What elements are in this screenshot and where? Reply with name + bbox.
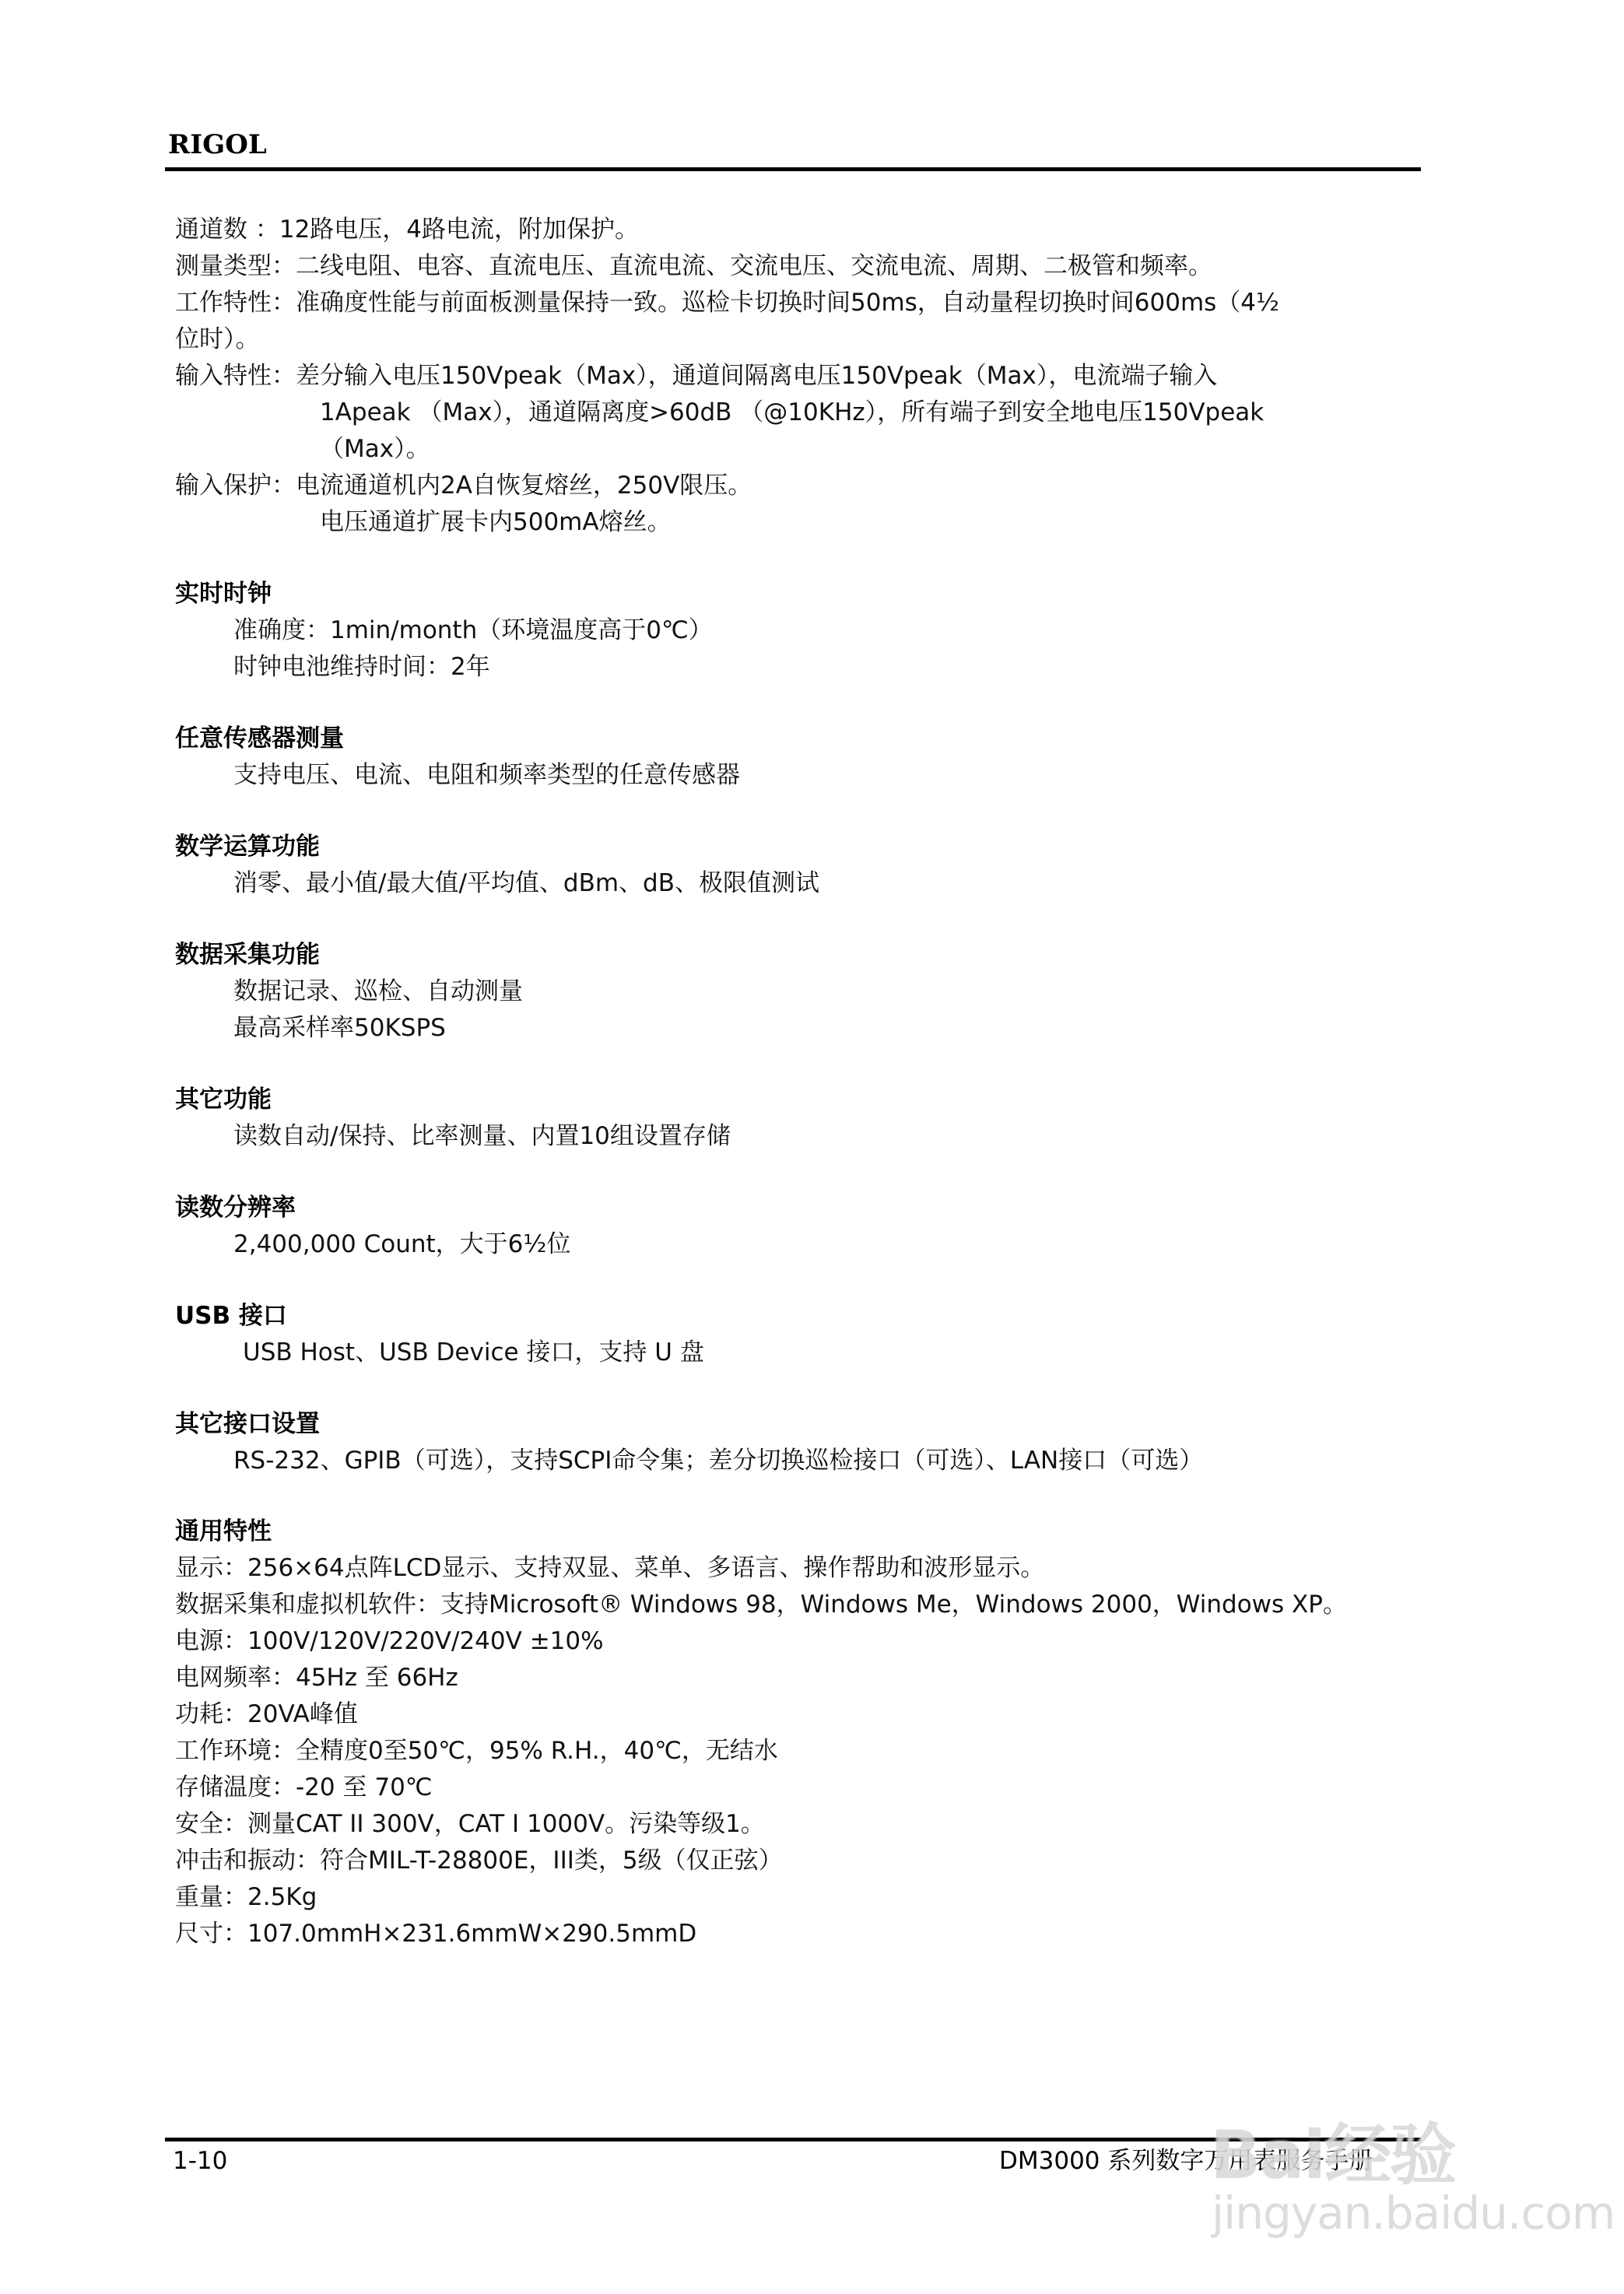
header-brand: RIGOL <box>168 129 267 160</box>
spec-value: 差分输入电压150Vpeak（Max），通道间隔离电压150Vpeak（Max）… <box>296 362 1217 390</box>
section-other-interfaces: 其它接口设置 RS-232、GPIB（可选），支持SCPI命令集；差分切换巡检接… <box>175 1406 1451 1479</box>
section-arbitrary-sensor: 任意传感器测量 支持电压、电流、电阻和频率类型的任意传感器 <box>175 721 1451 794</box>
spec-value: 准确度性能与前面板测量保持一致。巡检卡切换时间50ms，自动量程切换时间600m… <box>296 289 1279 317</box>
section-title: 实时时钟 <box>175 576 1451 612</box>
general-item-power: 电源：100V/120V/220V/240V ±10% <box>175 1623 1451 1660</box>
section-item: 读数自动/保持、比率测量、内置10组设置存储 <box>175 1118 1451 1155</box>
section-title: USB 接口 <box>175 1298 1451 1335</box>
section-item: 数据记录、巡检、自动测量 <box>175 973 1451 1010</box>
section-title: 其它功能 <box>175 1082 1451 1118</box>
section-item: RS-232、GPIB（可选），支持SCPI命令集；差分切换巡检接口（可选）、L… <box>175 1443 1451 1479</box>
section-data-acquisition: 数据采集功能 数据记录、巡检、自动测量 最高采样率50KSPS <box>175 937 1451 1047</box>
section-item: 2,400,000 Count，大于6½位 <box>175 1226 1451 1263</box>
spec-label: 测量类型： <box>175 252 296 280</box>
spec-label: 输入保护： <box>175 472 296 500</box>
section-item: 支持电压、电流、电阻和频率类型的任意传感器 <box>175 757 1451 794</box>
spec-value: 12路电压，4路电流，附加保护。 <box>279 216 639 244</box>
section-reading-resolution: 读数分辨率 2,400,000 Count，大于6½位 <box>175 1190 1451 1263</box>
section-title: 读数分辨率 <box>175 1190 1451 1226</box>
spec-line-measurement-types: 测量类型：二线电阻、电容、直流电压、直流电流、交流电压、交流电流、周期、二极管和… <box>175 248 1451 285</box>
spec-label: 通道数 ： <box>175 216 279 244</box>
section-title: 数据采集功能 <box>175 937 1451 973</box>
footer-rule <box>165 2138 1421 2141</box>
section-math-functions: 数学运算功能 消零、最小值/最大值/平均值、dBm、dB、极限值测试 <box>175 829 1451 902</box>
spec-line-operating-characteristics: 工作特性：准确度性能与前面板测量保持一致。巡检卡切换时间50ms，自动量程切换时… <box>175 285 1451 321</box>
header-rule <box>165 167 1421 171</box>
section-title: 任意传感器测量 <box>175 721 1451 757</box>
spec-label: 输入特性： <box>175 362 296 390</box>
document-page: RIGOL 通道数 ：12路电压，4路电流，附加保护。 测量类型：二线电阻、电容… <box>0 0 1624 2294</box>
section-item: 准确度：1min/month（环境温度高于0℃） <box>175 612 1451 649</box>
general-item-line-frequency: 电网频率：45Hz 至 66Hz <box>175 1660 1451 1696</box>
spec-value: 电流通道机内2A自恢复熔丝，250V限压。 <box>296 472 752 500</box>
general-item-dimensions: 尺寸：107.0mmH×231.6mmW×290.5mmD <box>175 1916 1451 1952</box>
section-item: USB Host、USB Device 接口，支持 U 盘 <box>175 1335 1451 1371</box>
section-other-functions: 其它功能 读数自动/保持、比率测量、内置10组设置存储 <box>175 1082 1451 1155</box>
spec-line-operating-wrap: 位时）。 <box>175 321 1451 358</box>
section-real-time-clock: 实时时钟 准确度：1min/month（环境温度高于0℃） 时钟电池维持时间：2… <box>175 576 1451 686</box>
section-usb-interface: USB 接口 USB Host、USB Device 接口，支持 U 盘 <box>175 1298 1451 1371</box>
general-item-software: 数据采集和虚拟机软件：支持Microsoft® Windows 98，Windo… <box>175 1587 1451 1623</box>
section-title: 数学运算功能 <box>175 829 1451 865</box>
section-item: 时钟电池维持时间：2年 <box>175 649 1451 686</box>
spec-label: 工作特性： <box>175 289 296 317</box>
general-item-operating-environment: 工作环境：全精度0至50℃，95% R.H.，40℃，无结水 <box>175 1733 1451 1770</box>
spec-line-input-characteristics: 输入特性：差分输入电压150Vpeak（Max），通道间隔离电压150Vpeak… <box>175 358 1451 395</box>
footer-doc-title: DM3000 系列数字万用表服务手册 <box>999 2145 1373 2176</box>
spec-line-input-cont-2: （Max）。 <box>175 431 1451 468</box>
section-item: 最高采样率50KSPS <box>175 1010 1451 1047</box>
general-item-weight: 重量：2.5Kg <box>175 1879 1451 1916</box>
general-item-shock-vibration: 冲击和振动：符合MIL-T-28800E，III类，5级（仅正弦） <box>175 1843 1451 1879</box>
spec-line-channels: 通道数 ：12路电压，4路电流，附加保护。 <box>175 212 1451 248</box>
general-item-safety: 安全：测量CAT II 300V，CAT I 1000V。污染等级1。 <box>175 1806 1451 1843</box>
footer-page-number: 1-10 <box>173 2145 227 2176</box>
section-item: 消零、最小值/最大值/平均值、dBm、dB、极限值测试 <box>175 865 1451 902</box>
general-item-storage-temperature: 存储温度：-20 至 70℃ <box>175 1770 1451 1806</box>
section-title: 其它接口设置 <box>175 1406 1451 1443</box>
general-item-display: 显示：256×64点阵LCD显示、支持双显、菜单、多语言、操作帮助和波形显示。 <box>175 1550 1451 1587</box>
section-title: 通用特性 <box>175 1514 1451 1550</box>
spec-value: 二线电阻、电容、直流电压、直流电流、交流电压、交流电流、周期、二极管和频率。 <box>296 252 1212 280</box>
watermark: Bai经验 jingyan.baidu.com <box>1210 2101 1537 2280</box>
document-body: 通道数 ：12路电压，4路电流，附加保护。 测量类型：二线电阻、电容、直流电压、… <box>175 212 1451 1952</box>
spec-line-protection-cont-1: 电压通道扩展卡内500mA熔丝。 <box>175 504 1451 541</box>
spec-line-input-protection: 输入保护：电流通道机内2A自恢复熔丝，250V限压。 <box>175 468 1451 504</box>
spec-line-input-cont-1: 1Apeak （Max），通道隔离度>60dB （@10KHz），所有端子到安全… <box>175 395 1451 431</box>
watermark-url: jingyan.baidu.com <box>1212 2187 1615 2240</box>
general-item-power-consumption: 功耗：20VA峰值 <box>175 1696 1451 1733</box>
section-general-characteristics: 通用特性 显示：256×64点阵LCD显示、支持双显、菜单、多语言、操作帮助和波… <box>175 1514 1451 1952</box>
